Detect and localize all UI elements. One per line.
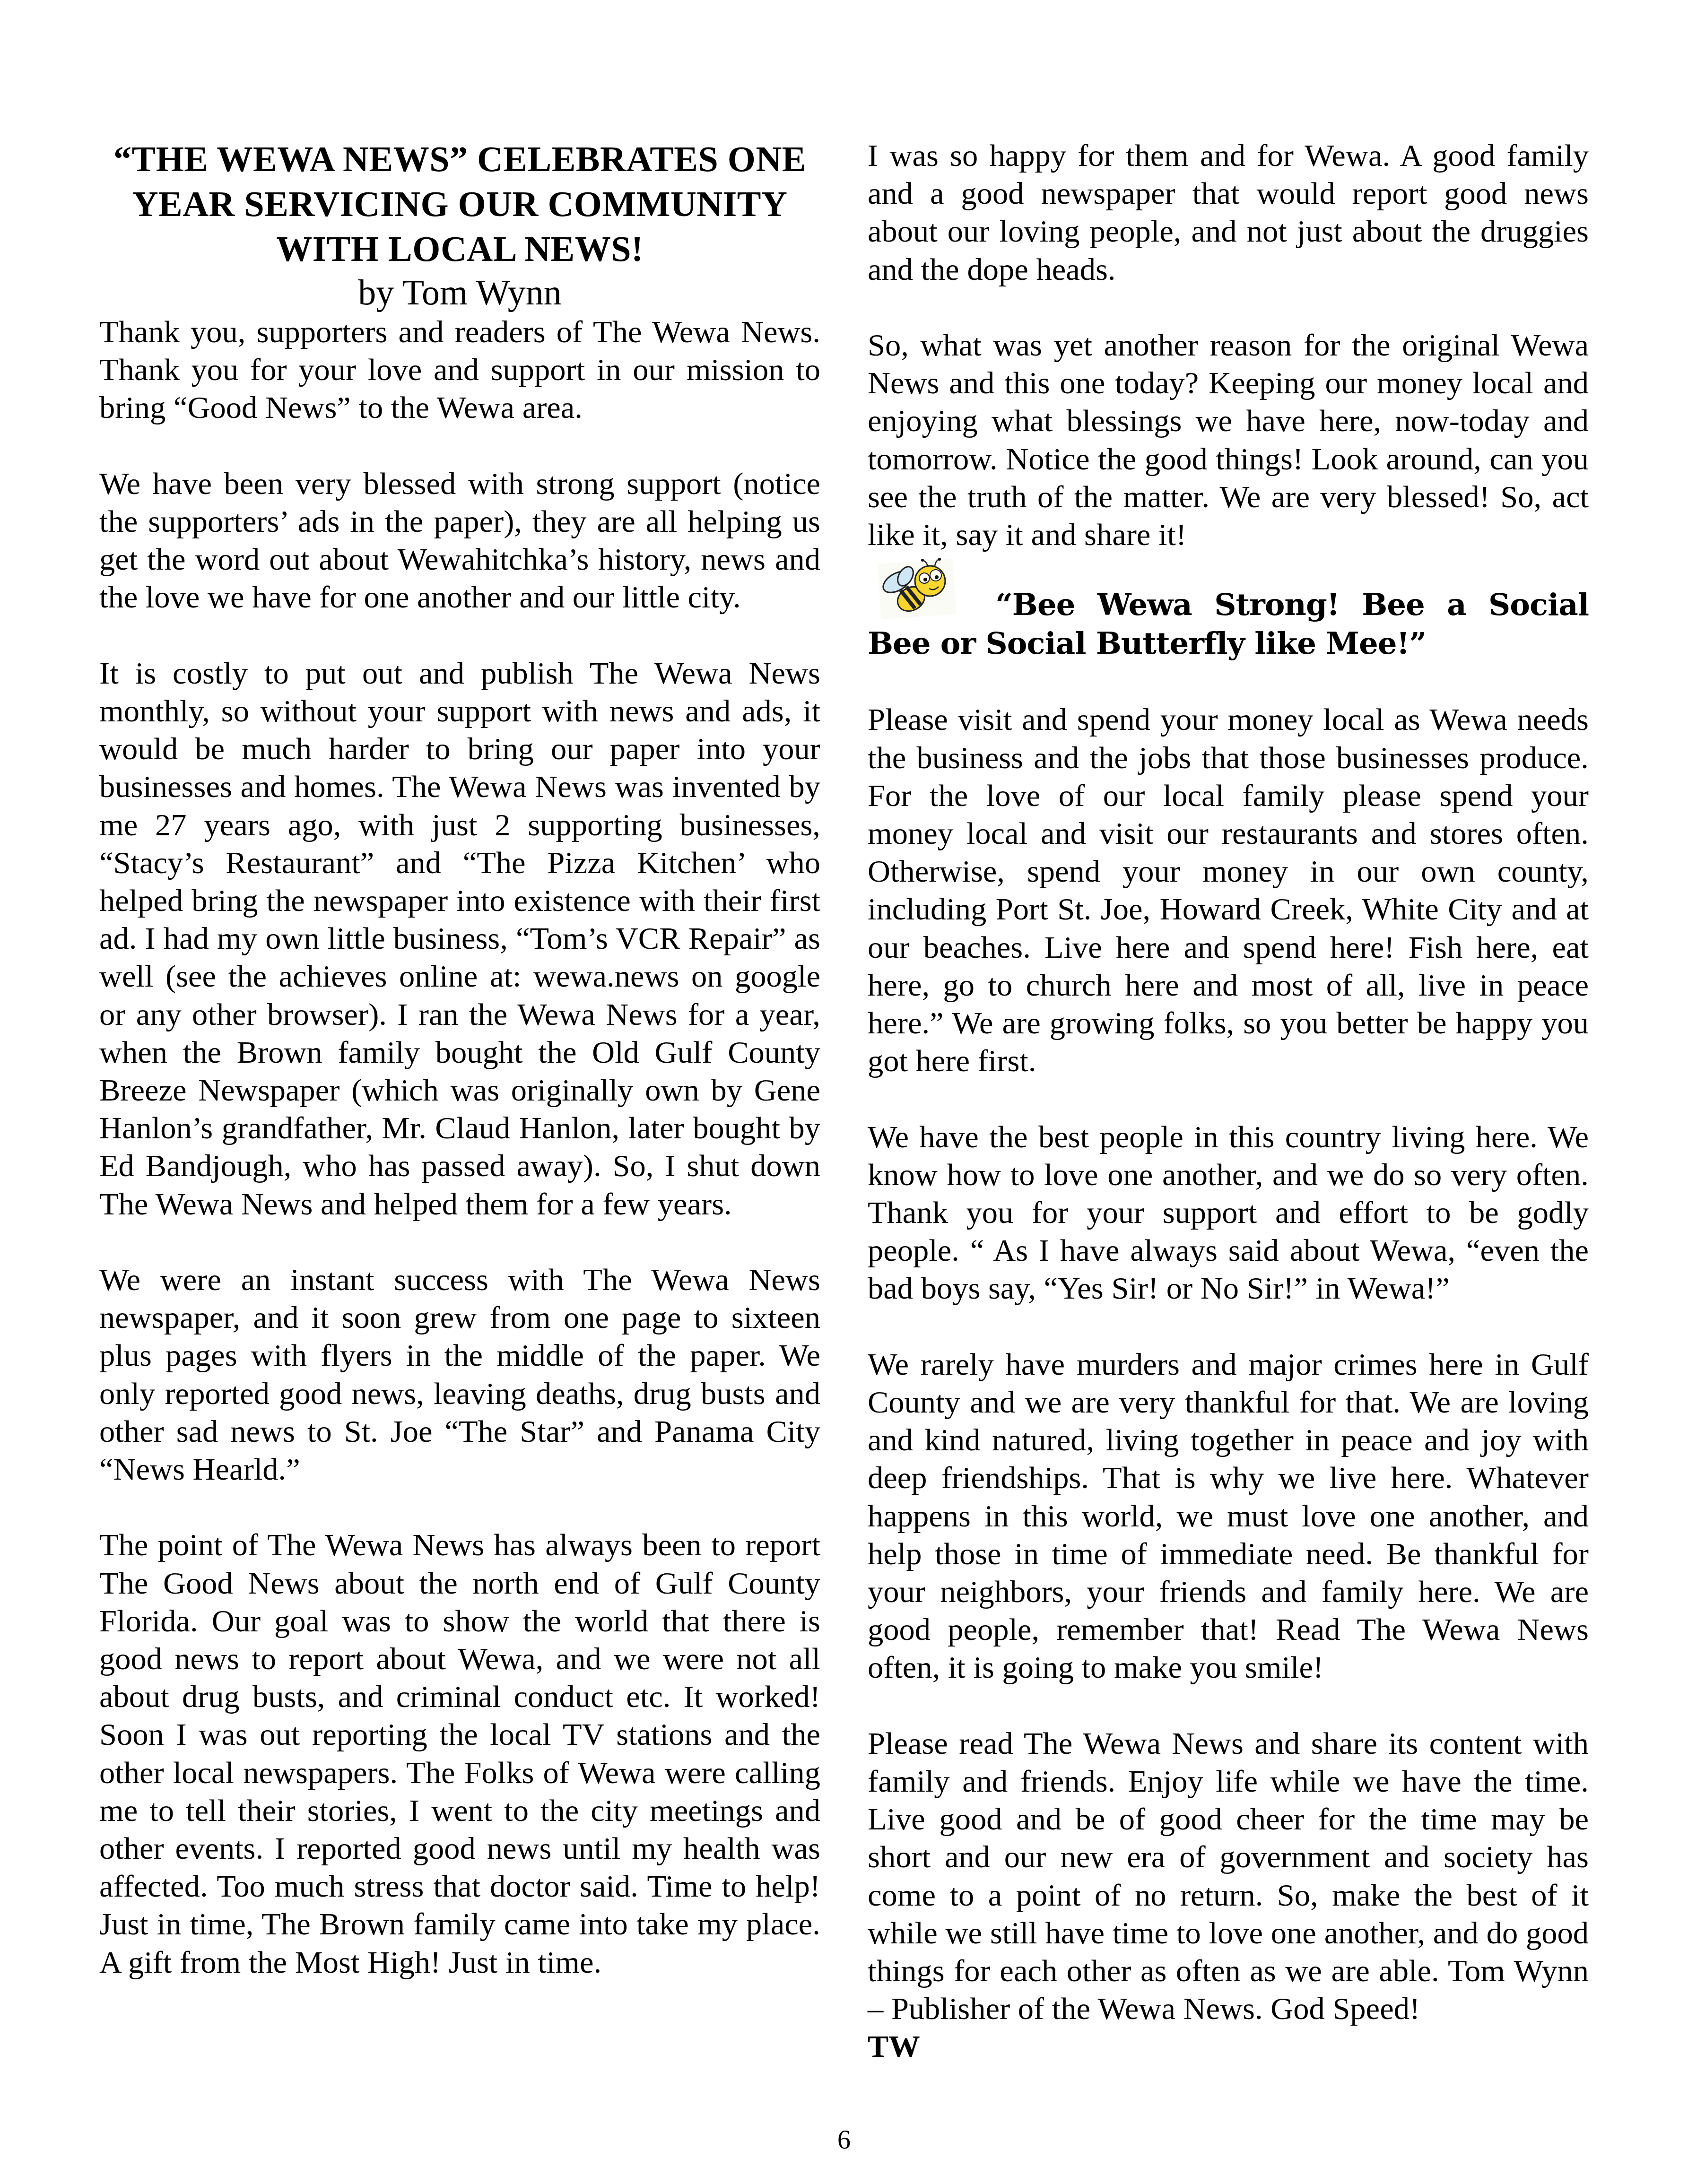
paragraph: Please visit and spend your money local … <box>868 701 1589 1080</box>
paragraph: The point of The Wewa News has always be… <box>99 1526 820 1981</box>
newspaper-page: “THE WEWA NEWS” CELEBRATES ONE YEAR SERV… <box>0 0 1688 2184</box>
bee-icon <box>877 557 957 619</box>
paragraph: It is costly to put out and publish The … <box>99 655 820 1223</box>
paragraph: So, what was yet another reason for the … <box>868 327 1589 554</box>
article-headline: “THE WEWA NEWS” CELEBRATES ONE YEAR SERV… <box>99 137 820 272</box>
paragraph: Please read The Wewa News and share its … <box>868 1725 1589 2028</box>
paragraph: Thank you, supporters and readers of The… <box>99 313 820 427</box>
paragraph: We have been very blessed with strong su… <box>99 465 820 617</box>
author-signature: TW <box>868 2028 1589 2066</box>
left-column: “THE WEWA NEWS” CELEBRATES ONE YEAR SERV… <box>99 137 820 1982</box>
paragraph: We rarely have murders and major crimes … <box>868 1346 1589 1687</box>
page-number: 6 <box>0 2125 1688 2155</box>
article-byline: by Tom Wynn <box>99 272 820 313</box>
paragraph: We were an instant success with The Wewa… <box>99 1261 820 1489</box>
paragraph: I was so happy for them and for Wewa. A … <box>868 137 1589 289</box>
right-column: I was so happy for them and for Wewa. A … <box>868 137 1589 2066</box>
paragraph: We have the best people in this country … <box>868 1118 1589 1308</box>
slogan-heading: “Bee Wewa Strong! Bee a Social Bee or So… <box>868 560 1589 663</box>
slogan-block: “Bee Wewa Strong! Bee a Social Bee or So… <box>868 560 1589 663</box>
